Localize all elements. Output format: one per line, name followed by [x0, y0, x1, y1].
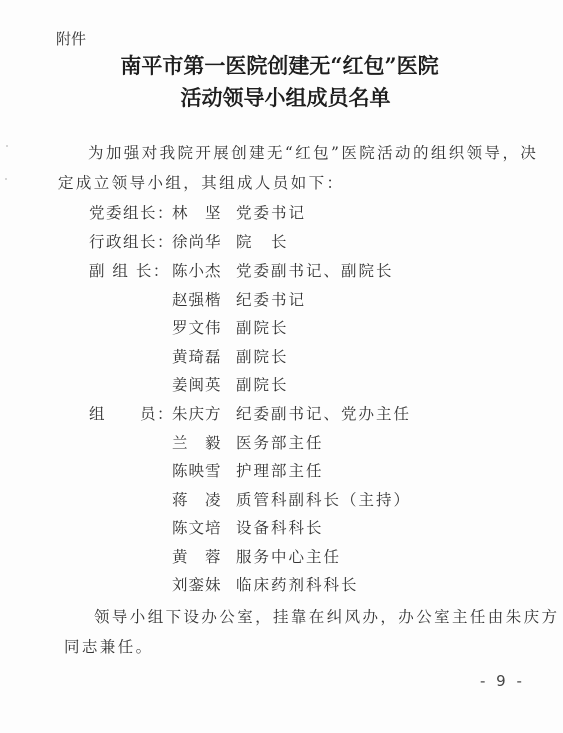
roster-name: 朱庆方: [172, 402, 232, 424]
roster-title: 护理部主任: [236, 459, 324, 481]
roster-name: 林 坚: [172, 201, 232, 223]
roster-role: 副 组 长：: [89, 259, 169, 281]
roster-title: 质管科副科长（主持）: [236, 488, 411, 510]
closing-paragraph-line-2: 同志兼任。: [64, 635, 154, 657]
attachment-label: 附件: [56, 28, 86, 49]
roster-title: 服务中心主任: [236, 545, 341, 567]
document-page: 附件 南平市第一医院创建无“红包”医院 活动领导小组成员名单 为加强对我院开展创…: [0, 0, 563, 733]
roster-title: 党委副书记、副院长: [236, 259, 394, 281]
roster-title: 纪委书记: [236, 288, 306, 310]
intro-paragraph-line-1: 为加强对我院开展创建无“红包”医院活动的组织领导，决: [88, 141, 538, 163]
roster-title: 副院长: [236, 373, 289, 395]
roster-title: 临床药剂科科长: [236, 573, 359, 595]
roster-title: 副院长: [236, 316, 289, 338]
roster-name: 姜闽英: [172, 373, 232, 395]
roster-role: 党委组长：: [89, 201, 169, 223]
scan-speck: [6, 145, 8, 147]
roster-name: 刘銮妹: [172, 573, 232, 595]
roster-name: 蒋 凌: [172, 488, 232, 510]
roster-name: 徐尚华: [172, 230, 232, 252]
roster-role: 组 员：: [89, 402, 169, 424]
roster-name: 赵强楷: [172, 288, 232, 310]
closing-paragraph-line-1: 领导小组下设办公室，挂靠在纠风办，办公室主任由朱庆方: [94, 605, 559, 627]
scan-speck: [58, 188, 60, 190]
roster-name: 罗文伟: [172, 316, 232, 338]
document-title-line-1: 南平市第一医院创建无“红包”医院: [0, 50, 561, 80]
page-number: - 9 -: [480, 672, 525, 690]
roster-name: 黄 蓉: [172, 545, 232, 567]
roster-name: 陈文培: [172, 516, 232, 538]
roster-title: 副院长: [236, 345, 289, 367]
scan-speck: [5, 178, 7, 180]
roster-title: 院 长: [236, 230, 289, 252]
roster-name: 陈映雪: [172, 459, 232, 481]
roster-title: 党委书记: [236, 201, 306, 223]
roster-name: 兰 毅: [172, 431, 232, 453]
roster-name: 黄琦磊: [172, 345, 232, 367]
intro-paragraph-line-2: 定成立领导小组，其组成人员如下：: [58, 171, 344, 193]
roster-title: 设备科科长: [236, 516, 324, 538]
roster-title: 医务部主任: [236, 431, 324, 453]
roster-role: 行政组长：: [89, 230, 169, 252]
roster-name: 陈小杰: [172, 259, 232, 281]
roster-title: 纪委副书记、党办主任: [236, 402, 411, 424]
document-title-line-2: 活动领导小组成员名单: [4, 82, 563, 112]
